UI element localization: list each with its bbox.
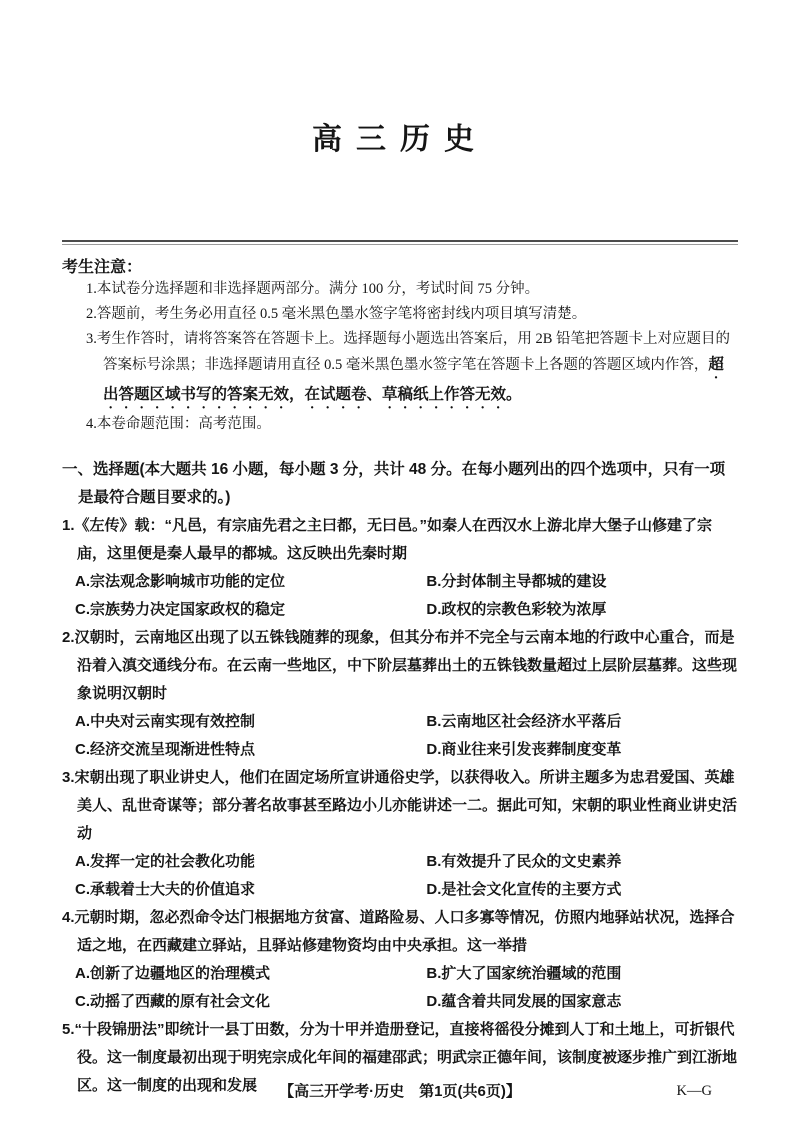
option-a: A.发挥一定的社会教化功能 — [75, 848, 426, 876]
question-2: 2.汉朝时，云南地区出现了以五铢钱随葬的现象，但其分布并不完全与云南本地的行政中… — [62, 624, 738, 764]
option-d: D.是社会文化宣传的主要方式 — [426, 876, 738, 904]
option-d: D.政权的宗教色彩较为浓厚 — [426, 596, 738, 624]
option-row: C.动摇了西藏的原有社会文化 D.蕴含着共同发展的国家意志 — [75, 988, 738, 1016]
question-options: A.发挥一定的社会教化功能 B.有效提升了民众的文史素养 C.承载着士大夫的价值… — [62, 848, 738, 904]
question-stem: 4.元朝时期，忽必烈命令达门根据地方贫富、道路险易、人口多寡等情况，仿照内地驿站… — [62, 904, 738, 960]
option-d: D.商业往来引发丧葬制度变革 — [426, 736, 738, 764]
notice-heading: 考生注意： — [62, 254, 738, 277]
option-a: A.宗法观念影响城市功能的定位 — [75, 568, 426, 596]
section-heading: 一、选择题(本大题共 16 小题，每小题 3 分，共计 48 分。在每小题列出的… — [62, 456, 738, 512]
question-3: 3.宋朝出现了职业讲史人，他们在固定场所宣讲通俗史学，以获得收入。所讲主题多为忠… — [62, 764, 738, 904]
question-stem: 2.汉朝时，云南地区出现了以五铢钱随葬的现象，但其分布并不完全与云南本地的行政中… — [62, 624, 738, 708]
divider-double-rule — [62, 240, 738, 245]
page-content: 高三历史 考生注意： 1.本试卷分选择题和非选择题两部分。满分 100 分，考试… — [0, 0, 800, 1100]
option-b: B.分封体制主导都城的建设 — [426, 568, 738, 596]
notice-item-3-text: 3.考生作答时，请将答案答在答题卡上。选择题每小题选出答案后，用 2B 铅笔把答… — [86, 331, 730, 373]
option-c: C.宗族势力决定国家政权的稳定 — [75, 596, 426, 624]
notice-item-2: 2.答题前，考生务必用直径 0.5 毫米黑色墨水签字笔将密封线内项目填写清楚。 — [86, 302, 738, 327]
option-c: C.经济交流呈现渐进性特点 — [75, 736, 426, 764]
option-row: C.宗族势力决定国家政权的稳定 D.政权的宗教色彩较为浓厚 — [75, 596, 738, 624]
notice-item-4: 4.本卷命题范围：高考范围。 — [86, 412, 738, 437]
footer-page-label: 【高三开学考·历史 第1页(共6页)】 — [279, 1083, 521, 1100]
question-options: A.宗法观念影响城市功能的定位 B.分封体制主导都城的建设 C.宗族势力决定国家… — [62, 568, 738, 624]
option-c: C.动摇了西藏的原有社会文化 — [75, 988, 426, 1016]
question-stem: 3.宋朝出现了职业讲史人，他们在固定场所宣讲通俗史学，以获得收入。所讲主题多为忠… — [62, 764, 738, 848]
page-footer: 【高三开学考·历史 第1页(共6页)】 K—G — [0, 1080, 800, 1101]
page-title: 高三历史 — [62, 0, 738, 158]
option-b: B.有效提升了民众的文史素养 — [426, 848, 738, 876]
option-a: A.创新了边疆地区的治理模式 — [75, 960, 426, 988]
candidate-notice: 考生注意： 1.本试卷分选择题和非选择题两部分。满分 100 分，考试时间 75… — [62, 254, 738, 437]
question-stem: 1.《左传》载：“凡邑，有宗庙先君之主曰都，无曰邑。”如秦人在西汉水上游北岸大堡… — [62, 512, 738, 568]
question-options: A.中央对云南实现有效控制 B.云南地区社会经济水平落后 C.经济交流呈现渐进性… — [62, 708, 738, 764]
question-1: 1.《左传》载：“凡邑，有宗庙先君之主曰都，无曰邑。”如秦人在西汉水上游北岸大堡… — [62, 512, 738, 624]
question-options: A.创新了边疆地区的治理模式 B.扩大了国家统治疆域的范围 C.动摇了西藏的原有… — [62, 960, 738, 1016]
option-c: C.承载着士大夫的价值追求 — [75, 876, 426, 904]
notice-item-3: 3.考生作答时，请将答案答在答题卡上。选择题每小题选出答案后，用 2B 铅笔把答… — [86, 327, 738, 412]
option-row: A.创新了边疆地区的治理模式 B.扩大了国家统治疆域的范围 — [75, 960, 738, 988]
exam-page: 高三历史 考生注意： 1.本试卷分选择题和非选择题两部分。满分 100 分，考试… — [0, 0, 800, 1131]
option-b: B.云南地区社会经济水平落后 — [426, 708, 738, 736]
option-b: B.扩大了国家统治疆域的范围 — [426, 960, 738, 988]
option-row: C.经济交流呈现渐进性特点 D.商业往来引发丧葬制度变革 — [75, 736, 738, 764]
option-row: A.宗法观念影响城市功能的定位 B.分封体制主导都城的建设 — [75, 568, 738, 596]
notice-items: 1.本试卷分选择题和非选择题两部分。满分 100 分，考试时间 75 分钟。 2… — [62, 277, 738, 437]
paper-version-code: K—G — [677, 1083, 712, 1100]
option-a: A.中央对云南实现有效控制 — [75, 708, 426, 736]
notice-item-1: 1.本试卷分选择题和非选择题两部分。满分 100 分，考试时间 75 分钟。 — [86, 277, 738, 302]
option-d: D.蕴含着共同发展的国家意志 — [426, 988, 738, 1016]
option-row: A.中央对云南实现有效控制 B.云南地区社会经济水平落后 — [75, 708, 738, 736]
option-row: C.承载着士大夫的价值追求 D.是社会文化宣传的主要方式 — [75, 876, 738, 904]
question-4: 4.元朝时期，忽必烈命令达门根据地方贫富、道路险易、人口多寡等情况，仿照内地驿站… — [62, 904, 738, 1016]
option-row: A.发挥一定的社会教化功能 B.有效提升了民众的文史素养 — [75, 848, 738, 876]
